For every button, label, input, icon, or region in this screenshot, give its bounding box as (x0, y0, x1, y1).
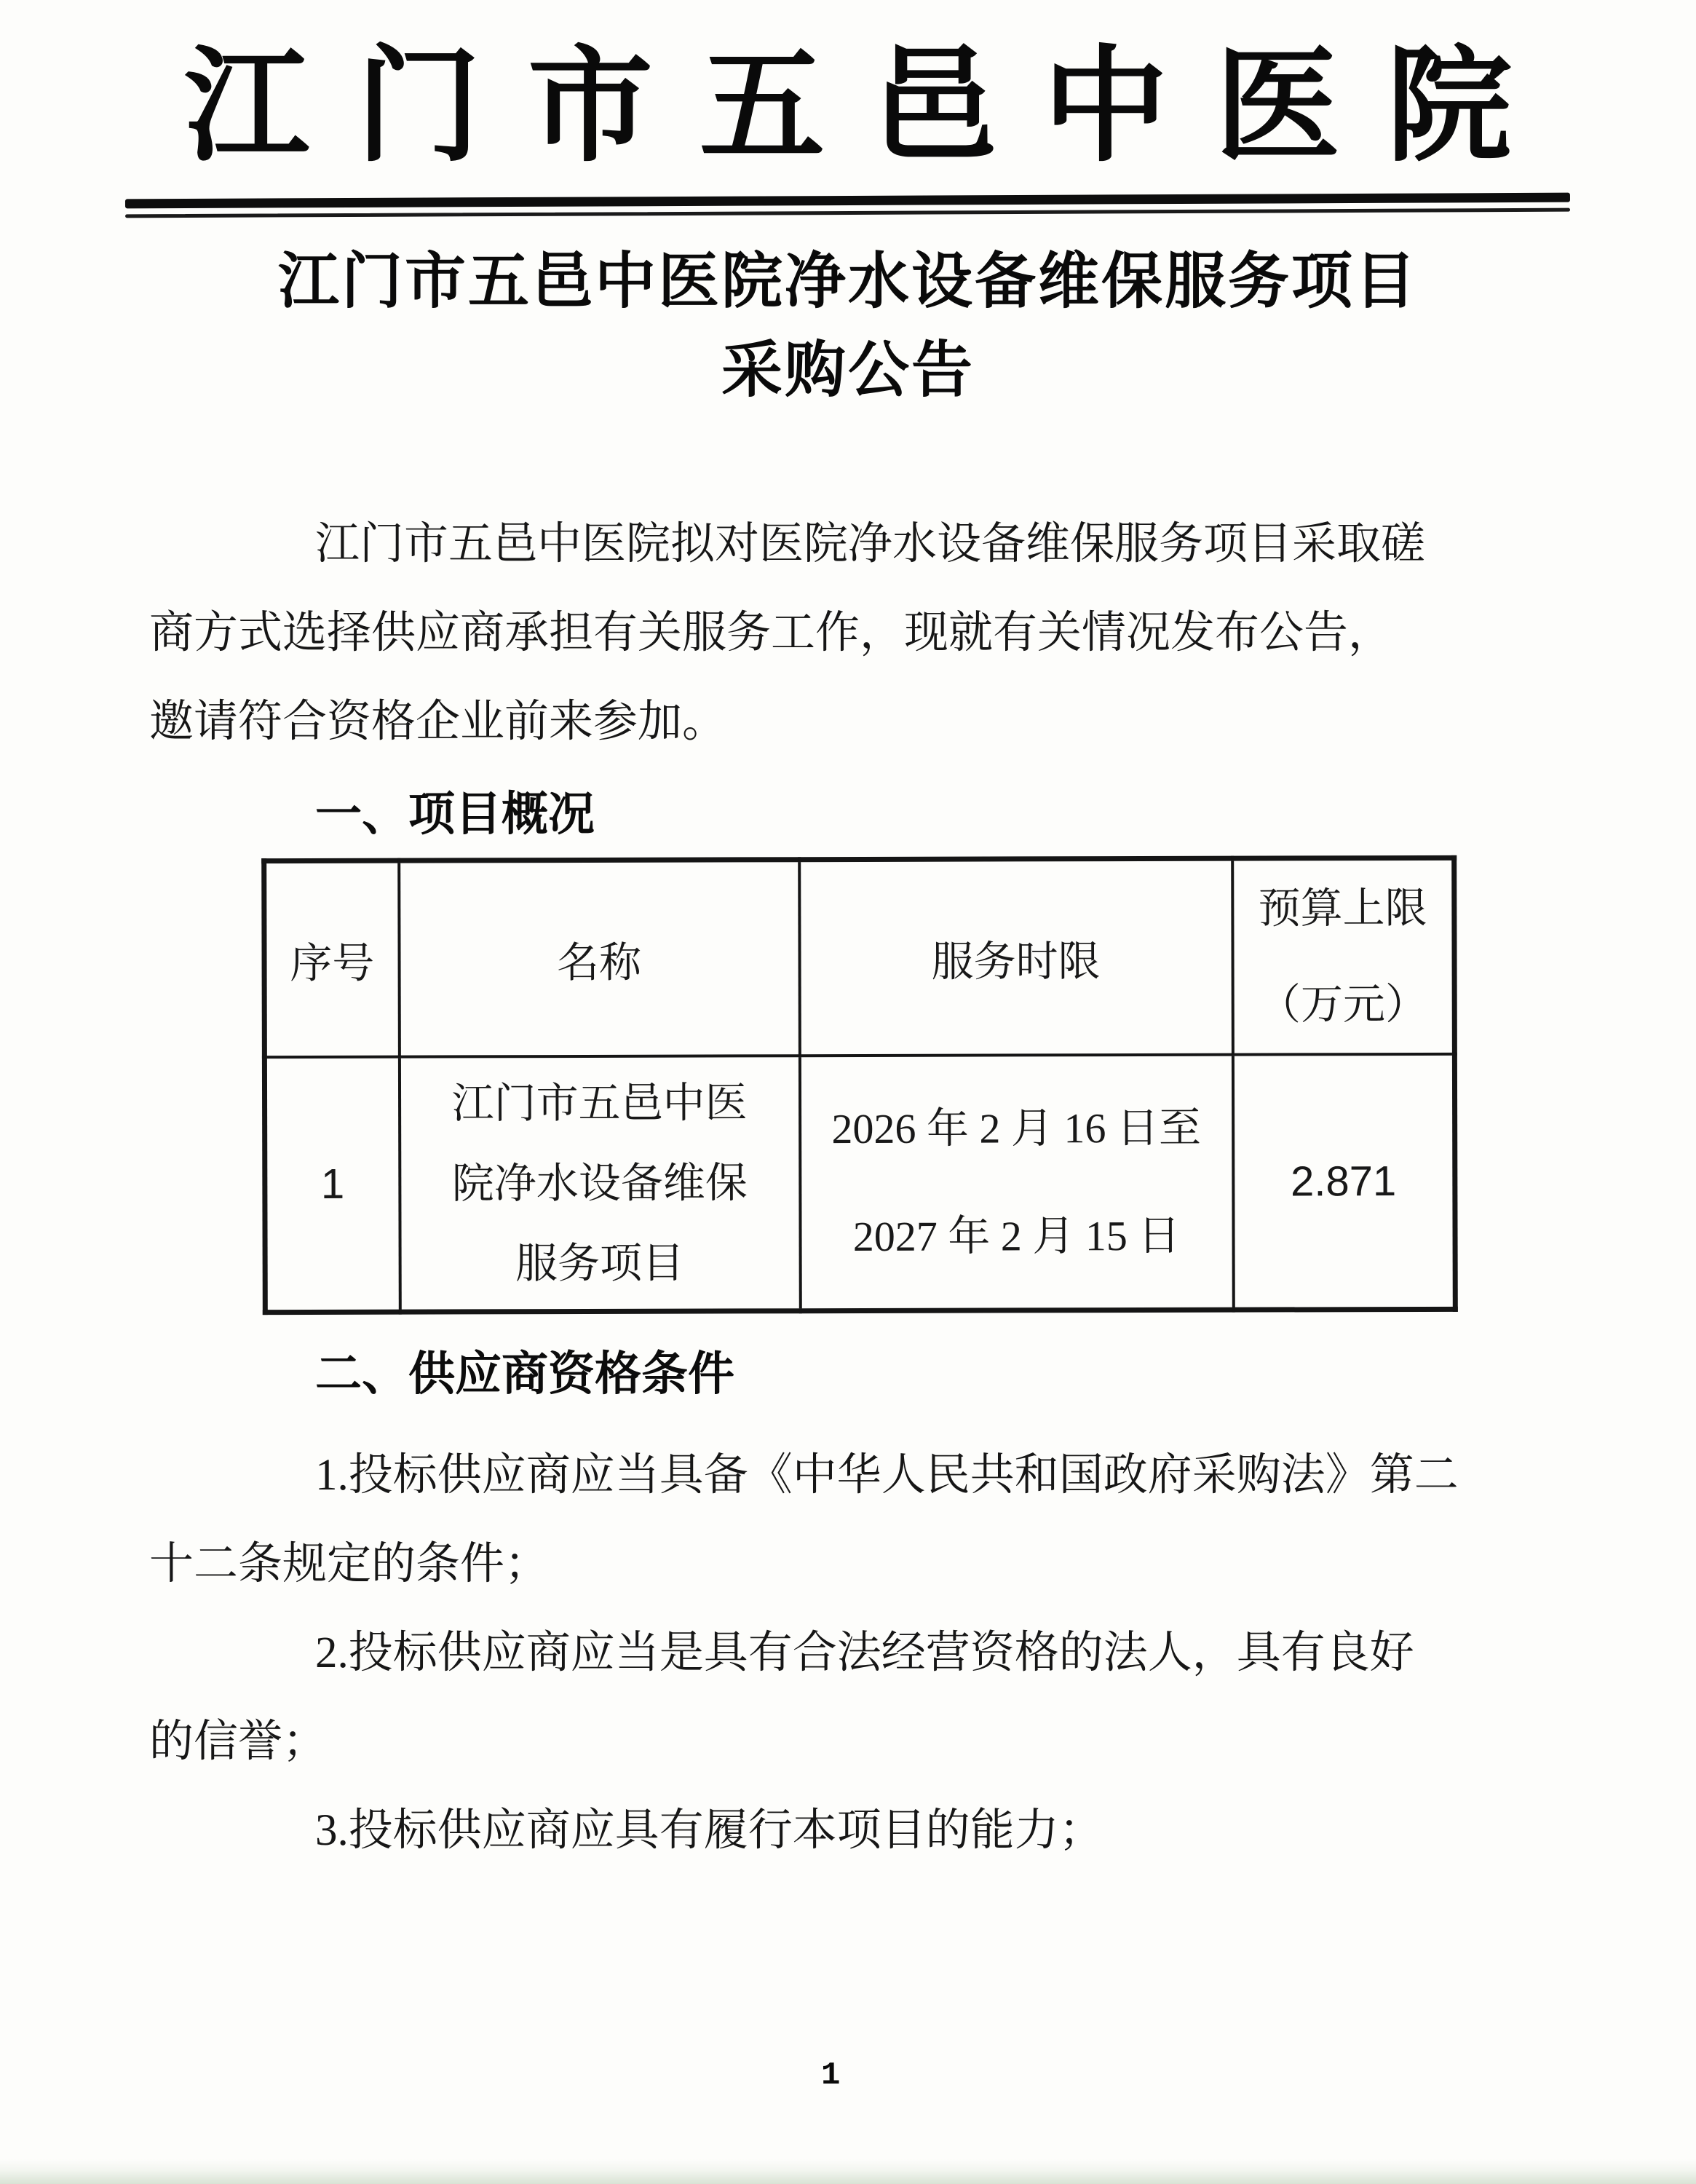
section-2-heading: 二、供应商资格条件 (0, 1348, 1696, 1399)
cell-service-period: 2026 年 2 月 16 日至 2027 年 2 月 15 日 (799, 1054, 1233, 1310)
service-period-line-2: 2027 年 2 月 15 日 (801, 1182, 1232, 1291)
header-cell-budget-line-2: （万元） (1234, 956, 1452, 1053)
item-3-line-1: 3.投标供应商应具有履行本项目的能力； (149, 1787, 1587, 1875)
header-cell-no: 序号 (264, 860, 400, 1057)
page-number: 1 (821, 2057, 840, 2094)
cell-row-number: 1 (264, 1056, 400, 1312)
item-2-line-1: 2.投标供应商应当是具有合法经营资格的法人，具有良好 (149, 1609, 1587, 1698)
project-name-line-2: 院净水设备维保 (401, 1142, 799, 1223)
masthead-divider (125, 192, 1570, 218)
project-name-line-3: 服务项目 (401, 1222, 799, 1303)
hospital-masthead: 江门市五邑中医院 (0, 0, 1696, 174)
cell-budget-value: 2.871 (1232, 1053, 1455, 1309)
header-cell-name: 名称 (399, 859, 800, 1056)
scan-edge-artifact (0, 2159, 1696, 2184)
intro-paragraph: 江门市五邑中医院拟对医院净水设备维保服务项目采取磋 商方式选择供应商承担有关服务… (0, 500, 1696, 767)
project-name-line-1: 江门市五邑中医 (400, 1062, 798, 1143)
item-2-line-2: 的信誉； (149, 1698, 1587, 1787)
cell-project-name: 江门市五邑中医 院净水设备维保 服务项目 (399, 1056, 800, 1312)
table-header-row: 序号 名称 服务时限 预算上限 （万元） (264, 858, 1455, 1057)
divider-thick-rule (125, 192, 1570, 208)
item-1-line-1: 1.投标供应商应当具备《中华人民共和国政府采购法》第二 (149, 1431, 1587, 1520)
section-1-heading: 一、项目概况 (0, 788, 1696, 839)
header-cell-period: 服务时限 (799, 858, 1233, 1056)
header-cell-budget-line-1: 预算上限 (1234, 860, 1452, 957)
table-row: 1 江门市五邑中医 院净水设备维保 服务项目 2026 年 2 月 16 日至 … (264, 1053, 1455, 1312)
project-overview-table: 序号 名称 服务时限 预算上限 （万元） 1 江门市五邑中医 院净水设备维保 服… (261, 855, 1458, 1314)
document-title: 江门市五邑中医院净水设备维保服务项目 采购公告 (0, 237, 1696, 414)
document-title-line-1: 江门市五邑中医院净水设备维保服务项目 (0, 237, 1696, 325)
service-period-line-1: 2026 年 2 月 16 日至 (801, 1074, 1231, 1183)
document-title-line-2: 采购公告 (0, 325, 1696, 414)
document-page: 江门市五邑中医院 江门市五邑中医院净水设备维保服务项目 采购公告 江门市五邑中医… (0, 0, 1696, 2184)
item-1-line-2: 十二条规定的条件； (149, 1520, 1587, 1609)
intro-line-1: 江门市五邑中医院拟对医院净水设备维保服务项目采取磋 (149, 500, 1587, 589)
intro-line-2: 商方式选择供应商承担有关服务工作，现就有关情况发布公告， (149, 589, 1587, 678)
qualification-items: 1.投标供应商应当具备《中华人民共和国政府采购法》第二 十二条规定的条件； 2.… (0, 1431, 1696, 1875)
header-cell-budget: 预算上限 （万元） (1232, 858, 1455, 1054)
divider-thin-rule (125, 207, 1570, 218)
intro-line-3: 邀请符合资格企业前来参加。 (149, 678, 1587, 767)
